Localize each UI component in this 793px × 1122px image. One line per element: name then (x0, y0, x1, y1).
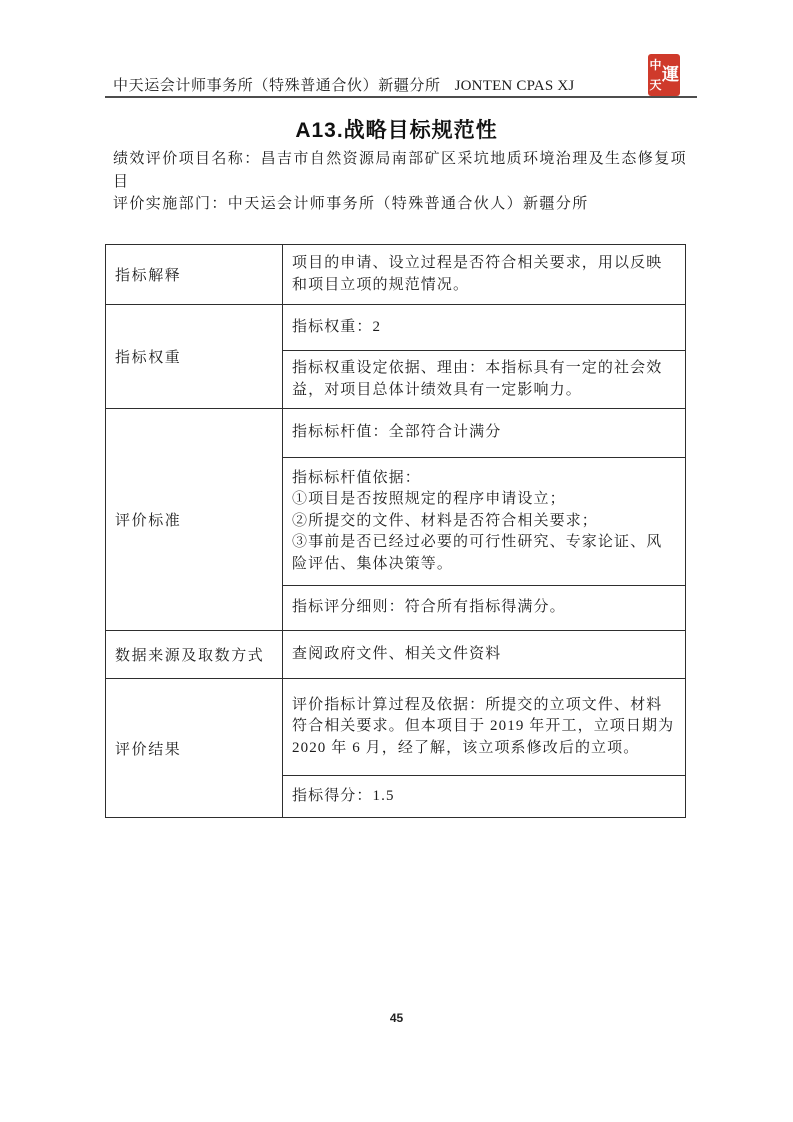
company-seal-icon: 中 天 運 (648, 54, 680, 96)
seal-left-column: 中 天 (649, 55, 662, 95)
row-label: 指标权重 (106, 305, 283, 408)
project-name-line: 绩效评价项目名称：昌吉市自然资源局南部矿区采坑地质环境治理及生态修复项目 (113, 148, 693, 193)
cell-benchmark-basis: 指标标杆值依据： ①项目是否按照规定的程序申请设立； ②所提交的文件、材料是否符… (283, 457, 685, 585)
report-page: 中天运会计师事务所（特殊普通合伙）新疆分所JONTEN CPAS XJ 中 天 … (0, 0, 793, 1122)
table-row: 指标权重 指标权重：2 指标权重设定依据、理由：本指标具有一定的社会效益，对项目… (106, 304, 685, 408)
table-row: 数据来源及取数方式 查阅政府文件、相关文件资料 (106, 630, 685, 678)
cell-evaluation-process: 评价指标计算过程及依据：所提交的立项文件、材料符合相关要求。但本项目于 2019… (283, 679, 685, 775)
table-row: 评价结果 评价指标计算过程及依据：所提交的立项文件、材料符合相关要求。但本项目于… (106, 678, 685, 817)
seal-char-bottom-left: 天 (649, 79, 661, 92)
row-label: 指标解释 (106, 245, 283, 304)
table-row: 评价标准 指标标杆值：全部符合计满分 指标标杆值依据： ①项目是否按照规定的程序… (106, 408, 685, 630)
cell-scoring-rule: 指标评分细则：符合所有指标得满分。 (283, 585, 685, 630)
cell-indicator-weight: 指标权重：2 (283, 305, 685, 350)
cell-benchmark-value: 指标标杆值：全部符合计满分 (283, 409, 685, 457)
cell-weight-basis: 指标权重设定依据、理由：本指标具有一定的社会效益，对项目总体计绩效具有一定影响力… (283, 350, 685, 408)
page-number: 45 (0, 1011, 793, 1025)
seal-right-column: 運 (662, 55, 679, 95)
header-divider (105, 96, 697, 98)
seal-char-top-left: 中 (649, 59, 661, 72)
evaluation-table: 指标解释 项目的申请、设立过程是否符合相关要求，用以反映和项目立项的规范情况。 … (105, 244, 686, 818)
intro-block: 绩效评价项目名称：昌吉市自然资源局南部矿区采坑地质环境治理及生态修复项目 评价实… (113, 148, 693, 216)
firm-name-en: JONTEN CPAS XJ (455, 78, 575, 94)
cell-indicator-score: 指标得分：1.5 (283, 775, 685, 817)
section-title: A13.战略目标规范性 (0, 114, 793, 144)
firm-name-cn: 中天运会计师事务所（特殊普通合伙）新疆分所 (113, 78, 441, 94)
department-line: 评价实施部门：中天运会计师事务所（特殊普通合伙人）新疆分所 (113, 193, 693, 216)
row-label: 评价结果 (106, 679, 283, 817)
seal-char-right: 運 (662, 55, 679, 95)
row-label: 数据来源及取数方式 (106, 631, 283, 678)
table-row: 指标解释 项目的申请、设立过程是否符合相关要求，用以反映和项目立项的规范情况。 (106, 245, 685, 304)
cell-data-source: 查阅政府文件、相关文件资料 (283, 631, 685, 678)
cell-indicator-explanation: 项目的申请、设立过程是否符合相关要求，用以反映和项目立项的规范情况。 (283, 245, 685, 304)
report-header: 中天运会计师事务所（特殊普通合伙）新疆分所JONTEN CPAS XJ (113, 74, 653, 95)
row-label: 评价标准 (106, 409, 283, 630)
